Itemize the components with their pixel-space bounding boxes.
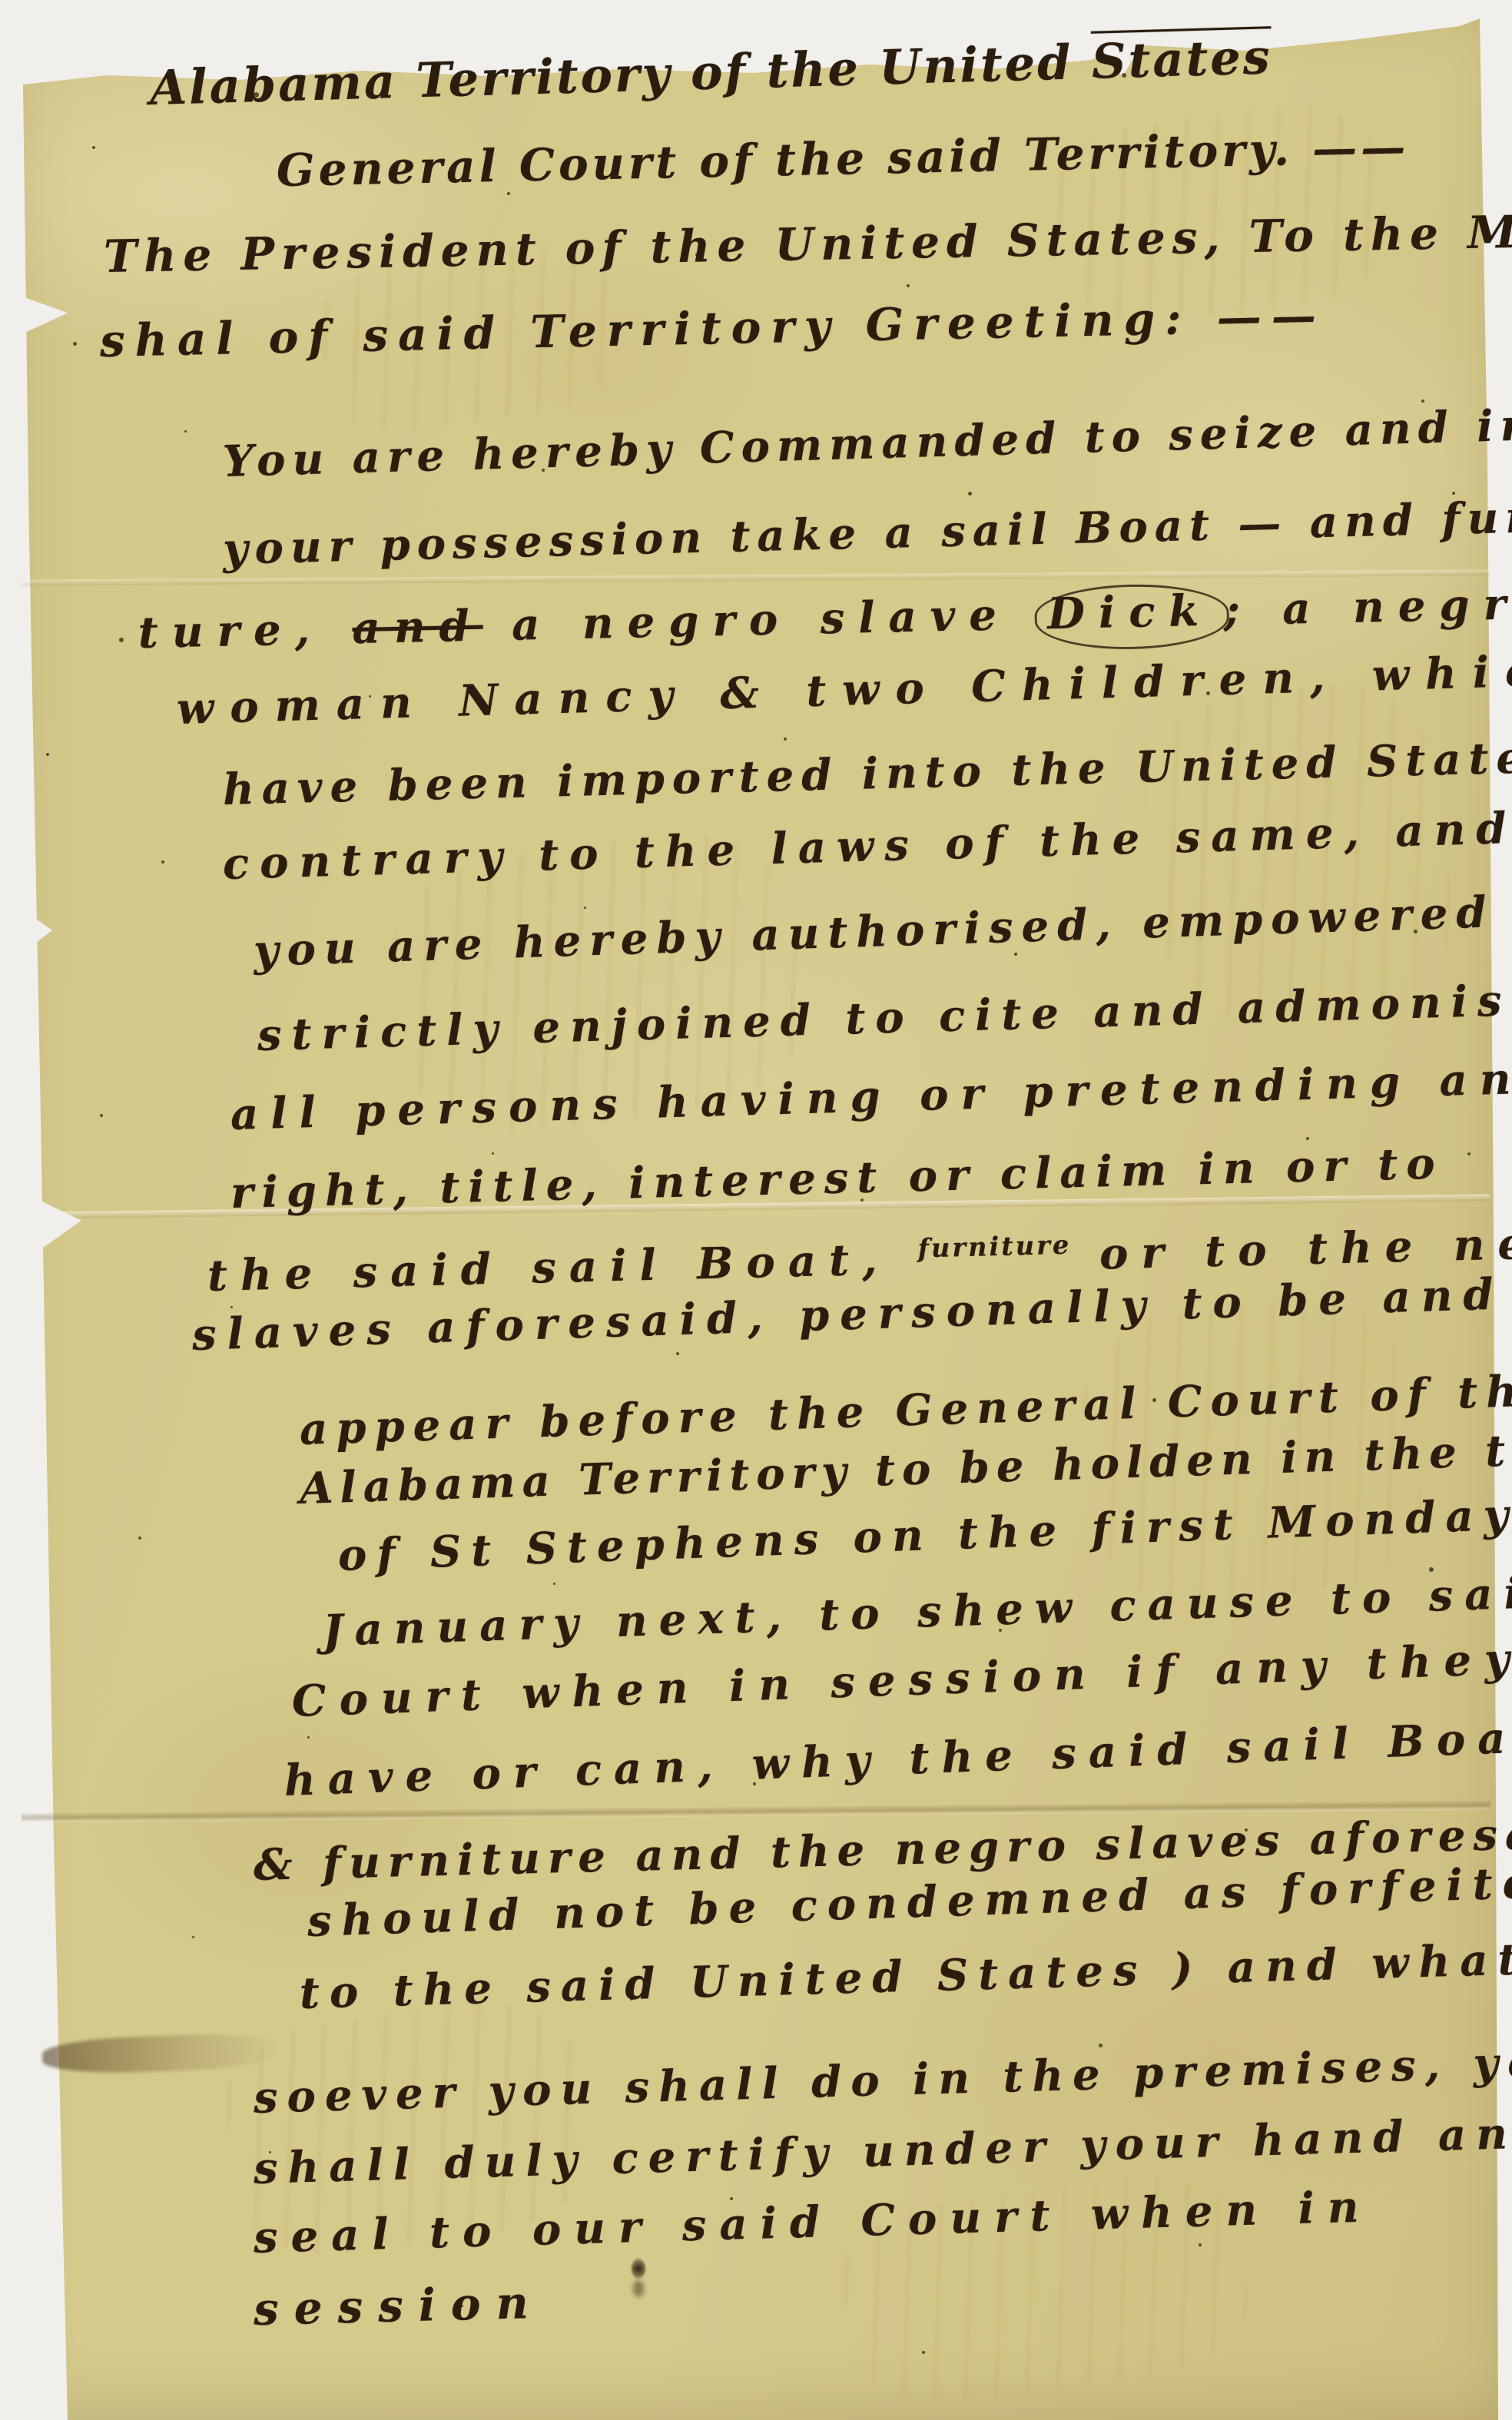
strike-word: and <box>352 601 484 655</box>
paper-speck <box>1429 1567 1434 1572</box>
paper-speck <box>119 638 124 642</box>
paper-speck <box>1206 691 1210 695</box>
paper-speck <box>73 342 77 346</box>
text-run: ; a negro <box>1223 578 1512 635</box>
paper-speck <box>907 284 910 287</box>
paper-speck <box>968 492 972 496</box>
paper-speck <box>100 1114 103 1117</box>
text-run: ture, <box>138 603 353 658</box>
overline-word: States <box>1091 28 1273 90</box>
paper-speck <box>254 92 259 98</box>
paper-speck <box>307 1736 310 1739</box>
paper-speck <box>1452 492 1455 495</box>
paper-speck <box>695 254 698 256</box>
paper-speck <box>269 2151 271 2153</box>
paper-speck <box>92 146 95 149</box>
paper-speck <box>161 860 164 864</box>
paper-speck <box>1099 2044 1102 2047</box>
ink-blot <box>632 2259 645 2279</box>
paper-speck <box>369 695 371 698</box>
paper-speck <box>860 1198 864 1202</box>
paper-speck <box>1152 1398 1156 1402</box>
paper-speck <box>1306 1137 1309 1140</box>
interlined-word: furniture <box>917 1229 1072 1264</box>
paper-speck <box>1421 399 1424 403</box>
paper-speck <box>1467 1152 1471 1155</box>
paper-speck <box>138 1537 141 1540</box>
paper-speck <box>1122 73 1126 78</box>
paper-speck <box>184 430 187 433</box>
paper-speck <box>753 1782 756 1785</box>
paper-speck <box>784 738 787 741</box>
paper-speck <box>730 2197 733 2200</box>
paper-speck <box>461 2305 463 2307</box>
paper-speck <box>1414 930 1417 933</box>
paper-speck <box>492 1152 494 1155</box>
paper-speck <box>1199 2243 1202 2246</box>
paper-speck <box>999 1629 1002 1632</box>
paper-speck <box>676 1352 679 1355</box>
manuscript-line-29: session <box>253 2276 544 2335</box>
paper-speck <box>922 2351 925 2354</box>
document-scan: Alabama Territory of the United StatesGe… <box>0 0 1512 2420</box>
paper-speck <box>553 1583 555 1585</box>
text-run: session <box>253 2276 544 2335</box>
paper-speck <box>584 907 586 909</box>
paper-speck <box>46 753 49 756</box>
text-run: a negro slave <box>482 588 1039 651</box>
paper-speck <box>1014 953 1017 956</box>
paper-speck <box>542 469 545 472</box>
paper-speck <box>630 1997 633 2001</box>
paper-speck <box>507 192 510 195</box>
circled-word: Dick <box>1034 582 1229 651</box>
paper-speck <box>1245 1828 1248 1832</box>
paper-speck <box>192 1936 194 1938</box>
paper-speck <box>230 1306 233 1308</box>
